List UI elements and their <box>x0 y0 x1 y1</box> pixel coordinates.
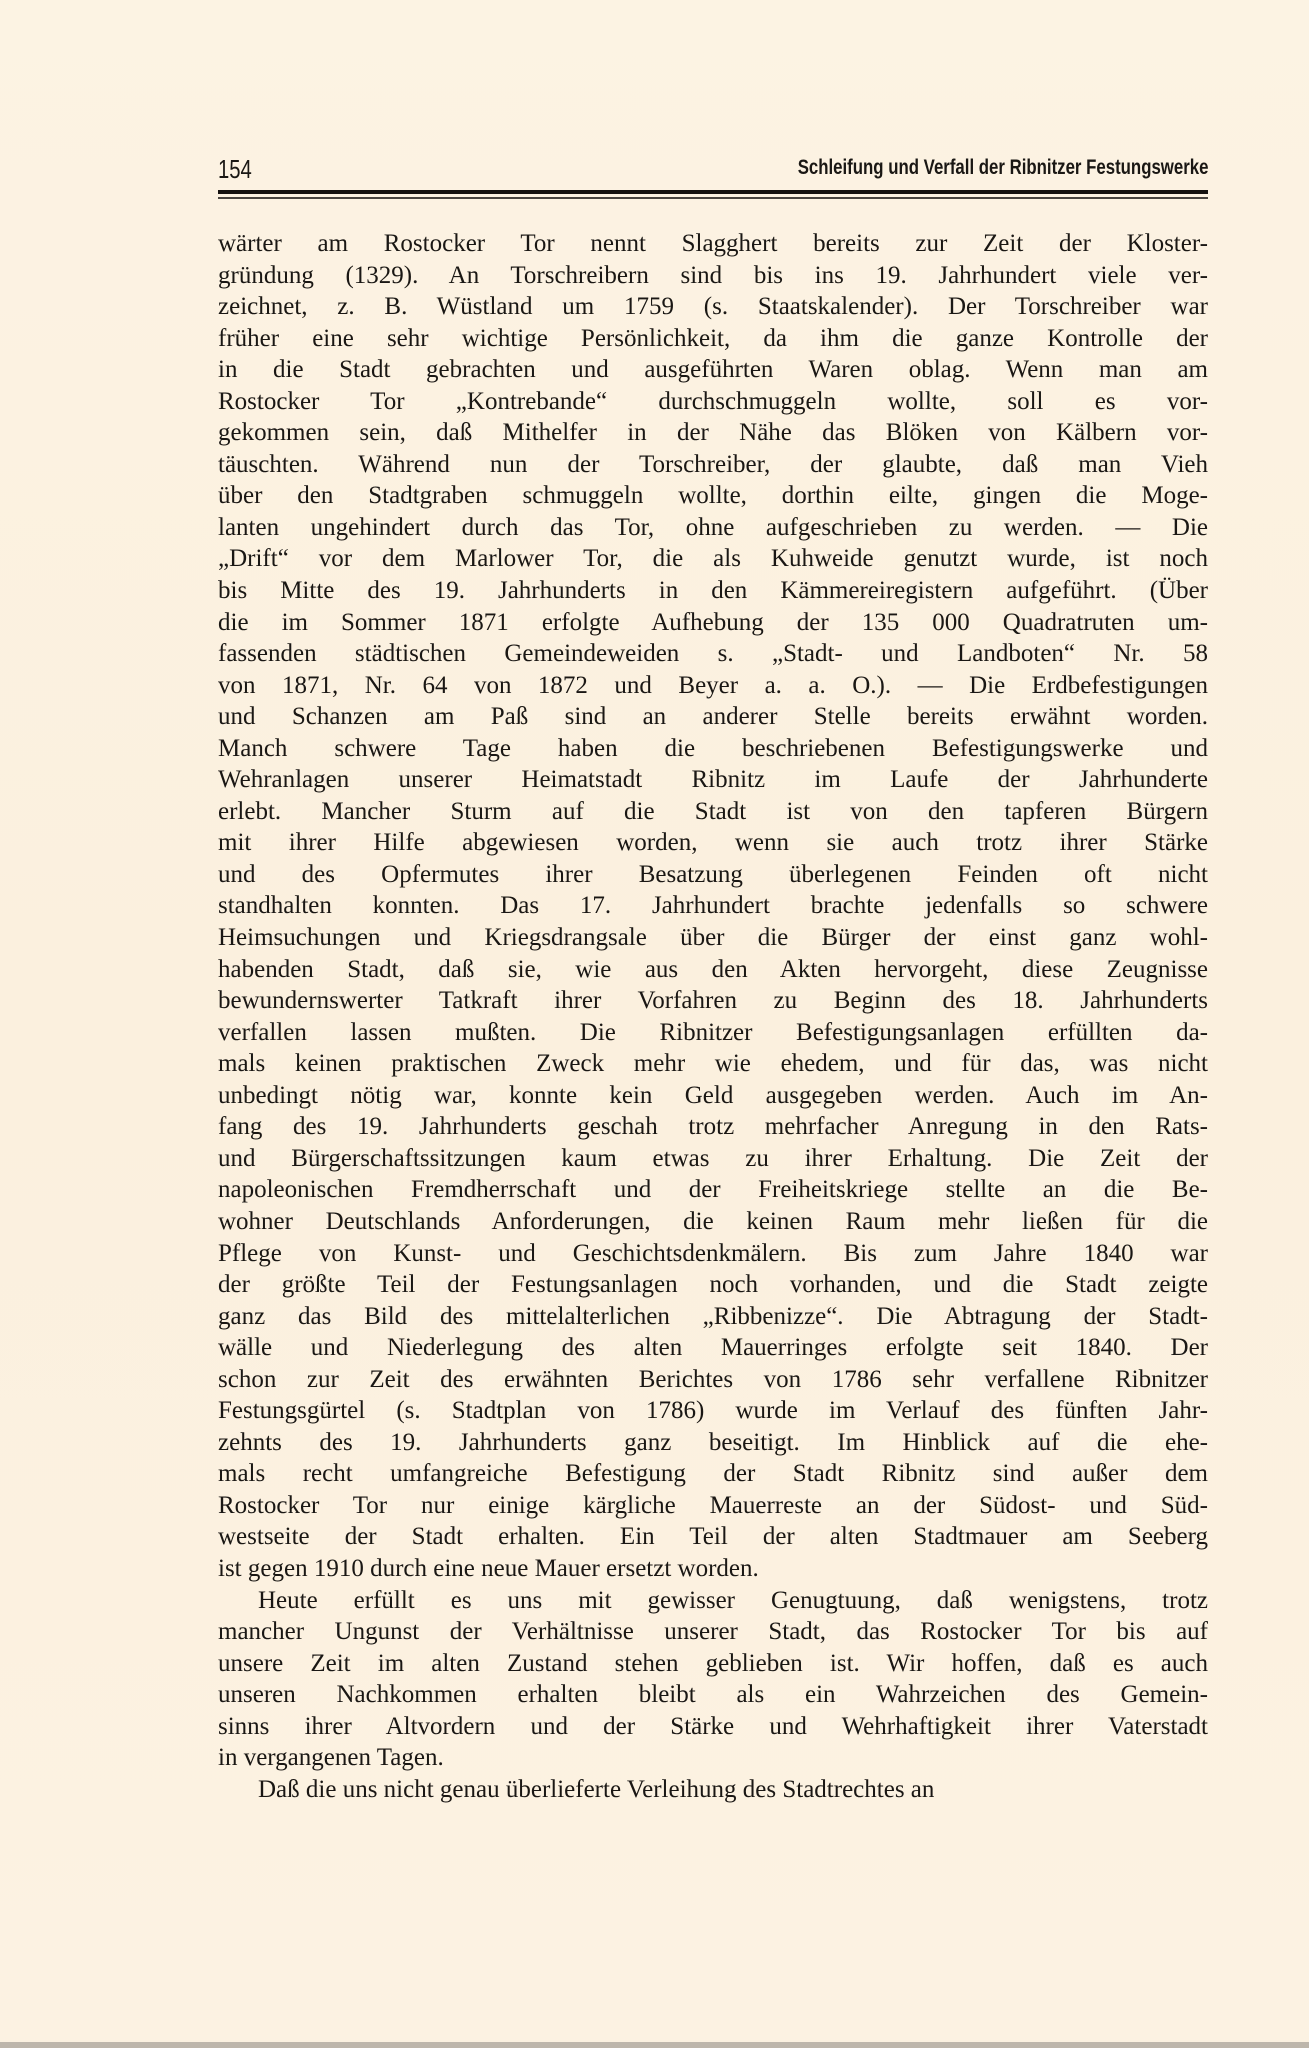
text-line: sinns ihrer Altvordern und der Stärke un… <box>218 1711 1208 1743</box>
text-line: Heute erfüllt es uns mit gewisser Genugt… <box>218 1585 1208 1617</box>
text-line: ist gegen 1910 durch eine neue Mauer ers… <box>218 1553 1208 1585</box>
text-line: von 1871, Nr. 64 von 1872 und Beyer a. a… <box>218 670 1208 702</box>
text-line: und des Opfermutes ihrer Besatzung überl… <box>218 859 1208 891</box>
page-number: 154 <box>218 154 252 185</box>
text-line: täuschten. Während nun der Torschreiber,… <box>218 449 1208 481</box>
text-line: der größte Teil der Festungsanlagen noch… <box>218 1269 1208 1301</box>
text-line: bis Mitte des 19. Jahrhunderts in den Kä… <box>218 575 1208 607</box>
text-line: wälle und Niederlegung des alten Mauerri… <box>218 1332 1208 1364</box>
text-line: mit ihrer Hilfe abgewiesen worden, wenn … <box>218 827 1208 859</box>
text-line: habenden Stadt, daß sie, wie aus den Akt… <box>218 954 1208 986</box>
text-line: Wehranlagen unserer Heimatstadt Ribnitz … <box>218 764 1208 796</box>
text-line: bewundernswerter Tatkraft ihrer Vorfahre… <box>218 985 1208 1017</box>
text-line: lanten ungehindert durch das Tor, ohne a… <box>218 512 1208 544</box>
text-line: in vergangenen Tagen. <box>218 1742 1208 1774</box>
text-line: verfallen lassen mußten. Die Ribnitzer B… <box>218 1017 1208 1049</box>
text-line: Festungsgürtel (s. Stadtplan von 1786) w… <box>218 1395 1208 1427</box>
text-line: zehnts des 19. Jahrhunderts ganz beseiti… <box>218 1427 1208 1459</box>
running-title: Schleifung und Verfall der Ribnitzer Fes… <box>797 156 1208 180</box>
text-line: unbedingt nötig war, konnte kein Geld au… <box>218 1080 1208 1112</box>
text-line: Rostocker Tor nur einige kärgliche Mauer… <box>218 1490 1208 1522</box>
page-header: 154 Schleifung und Verfall der Ribnitzer… <box>218 150 1208 190</box>
text-line: napoleonischen Fremdherrschaft und der F… <box>218 1174 1208 1206</box>
text-line: wärter am Rostocker Tor nennt Slagghert … <box>218 228 1208 260</box>
text-line: mals keinen praktischen Zweck mehr wie e… <box>218 1048 1208 1080</box>
paragraph: Daß die uns nicht genau überlieferte Ver… <box>218 1774 1208 1806</box>
text-line: in die Stadt gebrachten und ausgeführten… <box>218 354 1208 386</box>
book-page: 154 Schleifung und Verfall der Ribnitzer… <box>0 0 1309 2040</box>
text-line: früher eine sehr wichtige Persönlichkeit… <box>218 323 1208 355</box>
text-line: zeichnet, z. B. Wüstland um 1759 (s. Sta… <box>218 291 1208 323</box>
text-line: gründung (1329). An Torschreibern sind b… <box>218 260 1208 292</box>
text-line: die im Sommer 1871 erfolgte Aufhebung de… <box>218 607 1208 639</box>
text-line: Pflege von Kunst- und Geschichtsdenkmäle… <box>218 1238 1208 1270</box>
text-line: und Bürgerschaftssitzungen kaum etwas zu… <box>218 1143 1208 1175</box>
text-line: westseite der Stadt erhalten. Ein Teil d… <box>218 1521 1208 1553</box>
text-line: Rostocker Tor „Kontrebande“ durchschmugg… <box>218 386 1208 418</box>
text-line: gekommen sein, daß Mithelfer in der Nähe… <box>218 417 1208 449</box>
text-line: Heimsuchungen und Kriegsdrangsale über d… <box>218 922 1208 954</box>
body-text: wärter am Rostocker Tor nennt Slagghert … <box>218 228 1208 1805</box>
page-bottom-edge <box>0 2042 1309 2048</box>
text-line: wohner Deutschlands Anforderungen, die k… <box>218 1206 1208 1238</box>
text-line: erlebt. Mancher Sturm auf die Stadt ist … <box>218 796 1208 828</box>
header-rule-thick <box>218 190 1208 194</box>
text-line: standhalten konnten. Das 17. Jahrhundert… <box>218 890 1208 922</box>
text-line: fassenden städtischen Gemeindeweiden s. … <box>218 638 1208 670</box>
header-rule-thin <box>218 197 1208 199</box>
text-line: Daß die uns nicht genau überlieferte Ver… <box>218 1774 1208 1806</box>
text-line: ganz das Bild des mittelalterlichen „Rib… <box>218 1301 1208 1333</box>
text-line: und Schanzen am Paß sind an anderer Stel… <box>218 701 1208 733</box>
text-line: mancher Ungunst der Verhältnisse unserer… <box>218 1616 1208 1648</box>
text-line: unseren Nachkommen erhalten bleibt als e… <box>218 1679 1208 1711</box>
paragraph: wärter am Rostocker Tor nennt Slagghert … <box>218 228 1208 1585</box>
text-line: fang des 19. Jahrhunderts geschah trotz … <box>218 1111 1208 1143</box>
text-line: schon zur Zeit des erwähnten Berichtes v… <box>218 1364 1208 1396</box>
text-line: Manch schwere Tage haben die beschrieben… <box>218 733 1208 765</box>
text-line: über den Stadtgraben schmuggeln wollte, … <box>218 480 1208 512</box>
text-line: unsere Zeit im alten Zustand stehen gebl… <box>218 1648 1208 1680</box>
paragraph: Heute erfüllt es uns mit gewisser Genugt… <box>218 1585 1208 1774</box>
text-line: mals recht umfangreiche Befestigung der … <box>218 1458 1208 1490</box>
text-line: „Drift“ vor dem Marlower Tor, die als Ku… <box>218 543 1208 575</box>
